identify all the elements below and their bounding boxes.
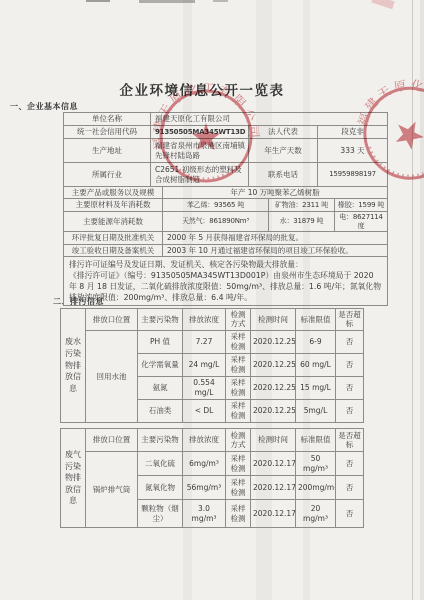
detection-time: 2020.12.17 — [251, 476, 296, 500]
header-exceed: 是否超标 — [336, 309, 364, 331]
industry-value: C2651 初级形态的塑料及合成树脂制造 — [151, 163, 249, 187]
standard-limit: 200mg/m³ — [296, 476, 336, 500]
scan-edge-mark — [371, 0, 394, 9]
legal-rep-value: 段克非 — [318, 126, 388, 139]
standard-limit: 20 mg/m³ — [296, 500, 336, 528]
materials-styrene: 苯乙烯：93565 吨 — [163, 199, 269, 211]
detection-time: 2020.12.25 — [251, 353, 296, 376]
pollutant-concentration: 6mg/m³ — [183, 452, 226, 476]
production-days-label: 年生产天数 — [249, 139, 318, 163]
materials-mineral-oil: 矿物油：2311 吨 — [269, 199, 335, 211]
energy-water: 水：31879 吨 — [269, 211, 335, 232]
table-row: 生产地址 福建省泉州市泉港区南埔镇先锋村陆岛路 年生产天数 333 天 — [64, 139, 388, 163]
page-title: 企业环境信息公开一览表 — [0, 79, 404, 99]
detection-method: 采样检测 — [226, 452, 251, 476]
detection-time: 2020.12.25 — [251, 399, 296, 422]
header-time: 检测时间 — [251, 429, 296, 452]
exceed-flag: 否 — [336, 452, 364, 476]
pollutant-concentration: 56mg/m³ — [183, 476, 226, 500]
pollutant-concentration: 3.0 mg/m³ — [183, 500, 226, 528]
header-limit: 标准限值 — [296, 309, 336, 331]
unit-name-label: 单位名称 — [64, 113, 151, 126]
address-label: 生产地址 — [64, 139, 151, 163]
permit-heading: 排污许可证编号及发证日期、发证机关、核定各污染物最大排放量： — [69, 259, 382, 270]
pollutant-name: 化学需氧量 — [138, 353, 183, 376]
header-concentration: 排放浓度 — [183, 309, 226, 331]
scan-edge-mark — [86, 0, 110, 2]
pollutant-concentration: 24 mg/L — [183, 353, 226, 376]
header-method: 检测方式 — [226, 429, 251, 452]
acceptance-label: 竣工验收日期及备案机关 — [64, 244, 163, 256]
wastewater-outlet: 回用水池 — [86, 330, 138, 422]
table-row: 锅炉排气筒 二氧化硫 6mg/m³ 采样检测 2020.12.17 50 mg/… — [61, 452, 364, 476]
table-row: 单位名称 福建天原化工有限公司 — [64, 113, 388, 126]
header-exceed: 是否超标 — [336, 429, 364, 452]
section-heading-basic-info: 一、企业基本信息 — [10, 101, 78, 112]
table-header-row: 废水污染物排放信息 排放口位置 主要污染物 排放浓度 检测方式 检测时间 标准限… — [61, 309, 364, 331]
detection-method: 采样检测 — [226, 376, 251, 399]
detection-method: 采样检测 — [226, 330, 251, 353]
table-row: 主要产品或服务以及规模 年产 10 万吨聚苯乙烯树脂 — [64, 187, 388, 199]
detection-method: 采样检测 — [226, 476, 251, 500]
basic-info-table: 单位名称 福建天原化工有限公司 统一社会信用代码 91350505MA345WT… — [63, 112, 388, 306]
materials-label: 主要原材料及年消耗数 — [64, 199, 163, 211]
standard-limit: 60 mg/L — [296, 353, 336, 376]
table-row: 统一社会信用代码 91350505MA345WT13D 法人代表 段克非 — [64, 126, 388, 139]
header-outlet: 排放口位置 — [86, 309, 138, 331]
credit-code-label: 统一社会信用代码 — [64, 126, 151, 139]
exceed-flag: 否 — [336, 376, 364, 399]
table-row: 回用水池 PH 值 7.27 采样检测 2020.12.25 6-9 否 — [61, 330, 364, 353]
exceed-flag: 否 — [336, 500, 364, 528]
products-label: 主要产品或服务以及规模 — [64, 187, 163, 199]
permit-cell: 排污许可证编号及发证日期、发证机关、核定各污染物最大排放量： 《排污许可证》（编… — [64, 257, 388, 306]
acceptance-value: 2003 年 10 月通过福建省环保局的项目竣工环保验收。 — [163, 244, 388, 256]
standard-limit: 15 mg/L — [296, 376, 336, 399]
standard-limit: 50 mg/m³ — [296, 452, 336, 476]
exceed-flag: 否 — [336, 330, 364, 353]
exceed-flag: 否 — [336, 399, 364, 422]
phone-label: 联系电话 — [249, 163, 318, 187]
unit-name-value: 福建天原化工有限公司 — [151, 113, 388, 126]
pollutant-concentration: 7.27 — [183, 330, 226, 353]
phone-value: 15959898197 — [318, 163, 388, 187]
scanned-document-page: 企业环境信息公开一览表 一、企业基本信息 二、排污信息 单位名称 福建天原化工有… — [0, 0, 424, 600]
legal-rep-label: 法人代表 — [249, 126, 318, 139]
credit-code-value: 91350505MA345WT13D — [151, 126, 249, 139]
detection-time: 2020.12.25 — [251, 330, 296, 353]
gas-discharge-table: 废气污染物排放信息 排放口位置 主要污染物 排放浓度 检测方式 检测时间 标准限… — [60, 428, 364, 528]
table-header-row: 废气污染物排放信息 排放口位置 主要污染物 排放浓度 检测方式 检测时间 标准限… — [61, 429, 364, 452]
pollutant-concentration: 0.554 mg/L — [183, 376, 226, 399]
wastewater-discharge-table: 废水污染物排放信息 排放口位置 主要污染物 排放浓度 检测方式 检测时间 标准限… — [60, 308, 364, 423]
table-row: 排污许可证编号及发证日期、发证机关、核定各污染物最大排放量： 《排污许可证》（编… — [64, 257, 388, 306]
table-row: 环评批复日期及批准机关 2000 年 5 月获得福建省环保局的批复。 — [64, 232, 388, 244]
pollutant-name: 颗粒物（烟尘） — [138, 500, 183, 528]
header-outlet: 排放口位置 — [86, 429, 138, 452]
exceed-flag: 否 — [336, 476, 364, 500]
header-concentration: 排放浓度 — [183, 429, 226, 452]
header-pollutant: 主要污染物 — [138, 429, 183, 452]
header-pollutant: 主要污染物 — [138, 309, 183, 331]
table-row: 主要能源年消耗数 天然气：861890Nm³ 水：31879 吨 电：86271… — [64, 211, 388, 232]
gas-side-label: 废气污染物排放信息 — [61, 429, 86, 528]
address-value: 福建省泉州市泉港区南埔镇先锋村陆岛路 — [151, 139, 249, 163]
pollutant-name: PH 值 — [138, 330, 183, 353]
table-row: 竣工验收日期及备案机关 2003 年 10 月通过福建省环保局的项目竣工环保验收… — [64, 244, 388, 256]
production-days-value: 333 天 — [318, 139, 388, 163]
scan-edge-mark — [213, 0, 228, 2]
pollutant-name: 石油类 — [138, 399, 183, 422]
standard-limit: 6-9 — [296, 330, 336, 353]
exceed-flag: 否 — [336, 353, 364, 376]
header-limit: 标准限值 — [296, 429, 336, 452]
products-value: 年产 10 万吨聚苯乙烯树脂 — [163, 187, 388, 199]
scan-edge-mark — [139, 0, 195, 3]
eia-value: 2000 年 5 月获得福建省环保局的批复。 — [163, 232, 388, 244]
header-time: 检测时间 — [251, 309, 296, 331]
pollutant-name: 二氧化硫 — [138, 452, 183, 476]
permit-text: 《排污许可证》（编号：91350505MA345WT13D001P）由泉州市生态… — [69, 270, 382, 303]
energy-electricity: 电：8627114 度 — [335, 211, 388, 232]
header-method: 检测方式 — [226, 309, 251, 331]
gas-outlet: 锅炉排气筒 — [86, 452, 138, 528]
pollutant-name: 氨氮 — [138, 376, 183, 399]
eia-label: 环评批复日期及批准机关 — [64, 232, 163, 244]
page-fold-line — [412, 0, 413, 600]
detection-method: 采样检测 — [226, 500, 251, 528]
energy-gas: 天然气：861890Nm³ — [163, 211, 269, 232]
pollutant-concentration: < DL — [183, 399, 226, 422]
materials-rubber: 橡胶：1599 吨 — [335, 199, 388, 211]
detection-method: 采样检测 — [226, 353, 251, 376]
page-edge-shadow — [420, 0, 424, 600]
standard-limit: 5mg/L — [296, 399, 336, 422]
table-row: 主要原材料及年消耗数 苯乙烯：93565 吨 矿物油：2311 吨 橡胶：159… — [64, 199, 388, 211]
detection-time: 2020.12.17 — [251, 452, 296, 476]
wastewater-side-label: 废水污染物排放信息 — [61, 309, 86, 423]
table-row: 所属行业 C2651 初级形态的塑料及合成树脂制造 联系电话 159598981… — [64, 163, 388, 187]
detection-time: 2020.12.25 — [251, 376, 296, 399]
industry-label: 所属行业 — [64, 163, 151, 187]
pollutant-name: 氮氧化物 — [138, 476, 183, 500]
detection-time: 2020.12.17 — [251, 500, 296, 528]
energy-label: 主要能源年消耗数 — [64, 211, 163, 232]
detection-method: 采样检测 — [226, 399, 251, 422]
